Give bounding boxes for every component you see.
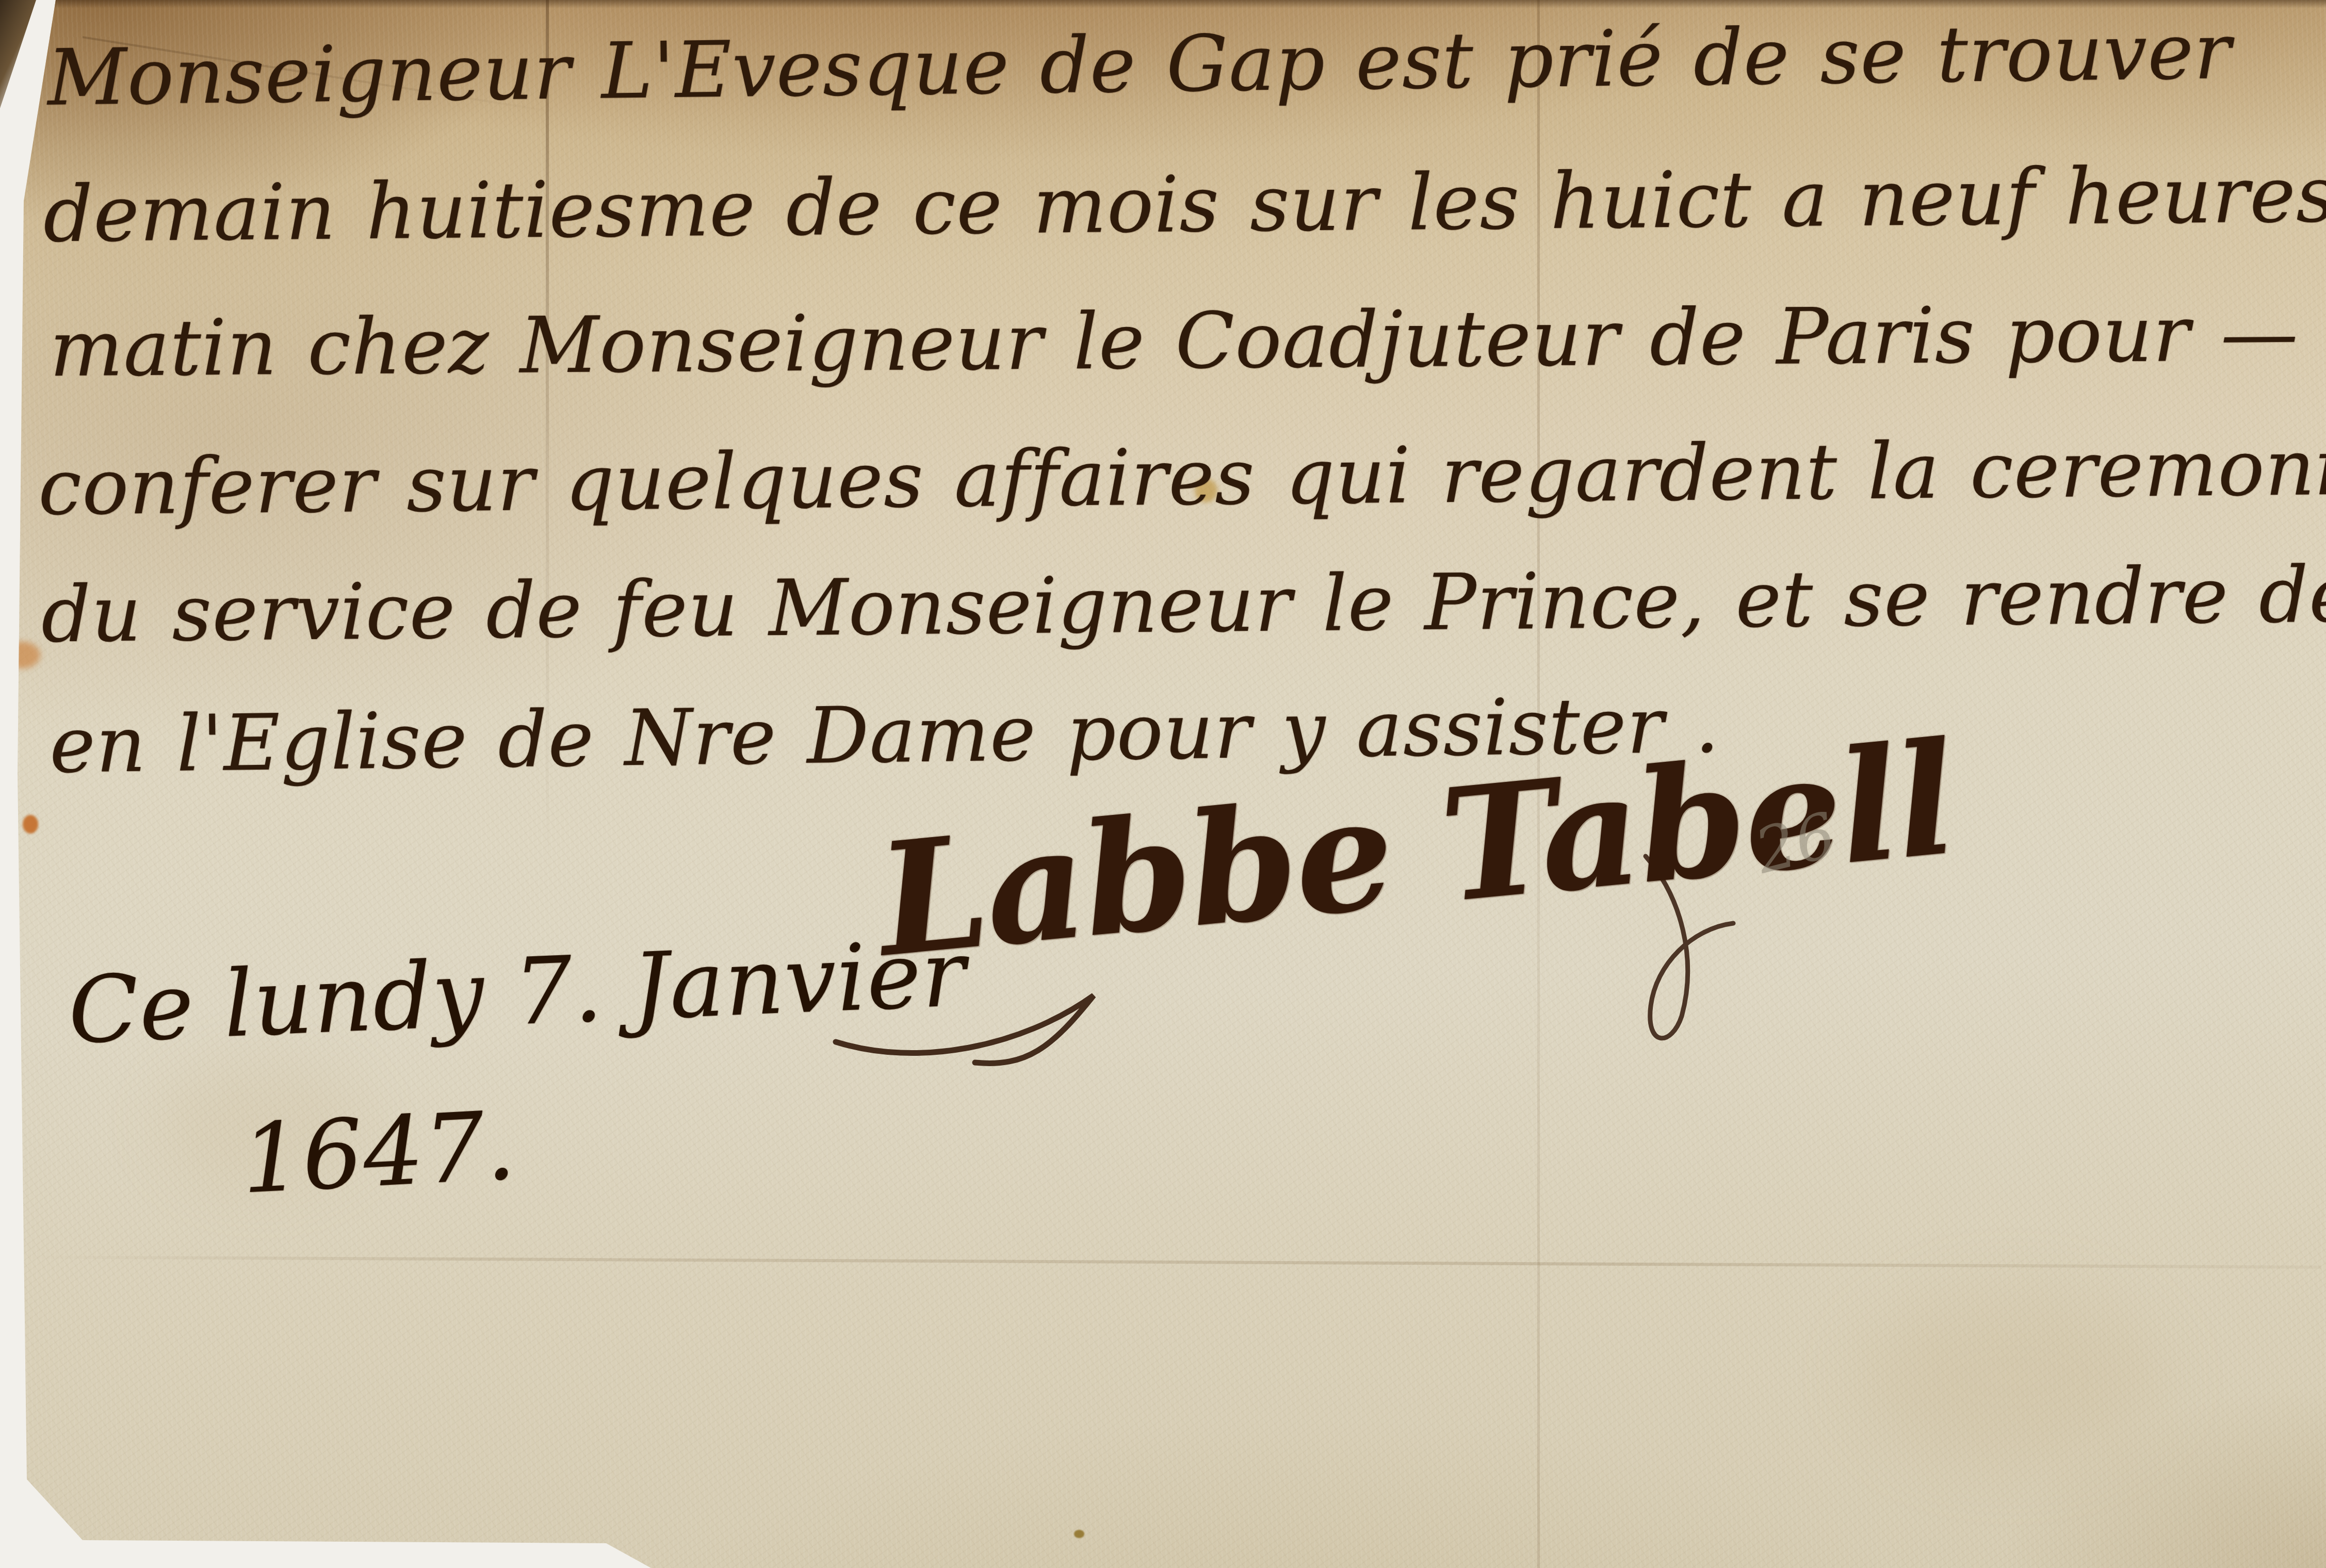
horizontal-fold-crease [21, 1255, 2321, 1268]
paper-sheet: Monseigneur L'Evesque de Gap est prié de… [0, 0, 2326, 1568]
manuscript-line-5: du service de feu Monseigneur le Prince,… [41, 548, 2326, 662]
dateline-year: 1647. [239, 1090, 518, 1215]
manuscript-line-1: Monseigneur L'Evesque de Gap est prié de… [47, 5, 2232, 125]
scanned-manuscript-photo: Monseigneur L'Evesque de Gap est prié de… [0, 0, 2326, 1568]
manuscript-line-4: conferer sur quelques affaires qui regar… [38, 421, 2326, 534]
manuscript-line-2: demain huitiesme de ce mois sur les huic… [43, 148, 2326, 262]
manuscript-line-3: matin chez Monseigneur le Coadjuteur de … [49, 287, 2299, 396]
dateline-day-month: Ce lundy 7. Janvier [66, 920, 968, 1065]
orange-stain [23, 815, 38, 834]
soft-age-spot-2 [1857, 1289, 2167, 1465]
gold-speck [1074, 1530, 1084, 1538]
